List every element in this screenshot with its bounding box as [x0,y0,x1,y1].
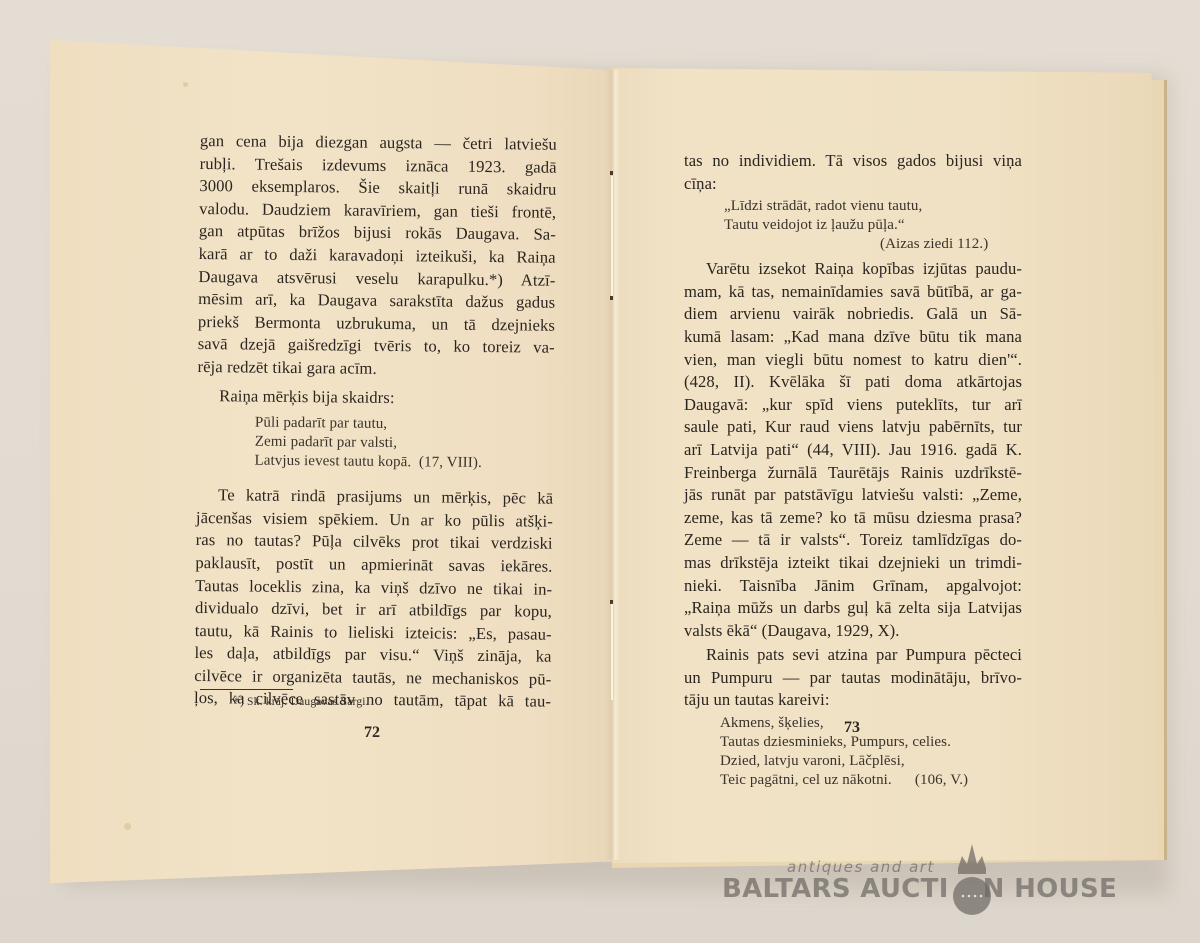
text-line: valsts ēkā“ (Daugava, 1929, X). [684,620,1022,643]
text-line: rēja redzēt tikai gara acīm. [197,356,554,382]
text-line: vien, man viegli būtu nomest to katru di… [684,349,1022,372]
text-line: karā ar to daži karavadoņi izteikuši, ka… [199,243,556,269]
text-line: mam, kā tas, nemainīdamies savā būtībā, … [684,281,1022,304]
text-line: tas no individiem. Tā visos gados bijusi… [684,150,1022,173]
text-line: jās runāt par patstāvīgu latviešu valsti… [684,484,1022,507]
text-line: nieki. Taisnība Jānim Grīnam, apgalvojot… [684,575,1022,598]
page-number-right: 73 [844,719,860,737]
text-line: gan cena bija diezgan augsta — četri lat… [200,130,557,156]
footnote: *) Sk. krāj. Daugavas Sargi. [234,696,369,708]
text-line: zeme, kas tā zeme? ko tā mūsu dziesma pr… [684,507,1022,530]
foxing-spot [183,82,188,87]
foxing-spot [124,823,131,830]
verse-line: Latvjus ievest tautu kopā. (17, VIII). [254,452,553,474]
binding-stitch-knot [610,171,613,175]
binding-stitch-knot [610,296,613,300]
text-line: mēsim arī, ka Daugava sarakstīta dažus g… [198,288,555,314]
crown-orb-icon [952,844,992,920]
verse-line: Tautas dziesminieks, Pumpurs, celies. [720,733,1022,752]
text-line: paklausīt, postīt un apmierināt savas ie… [195,552,552,578]
text-line: arī Latvija pati“ (44, VIII). Jau 1916. … [684,439,1022,462]
text-line: cīņa: [684,173,1022,196]
text-line: (428, II). Kvēlāka šī pati doma atkārtoj… [684,371,1022,394]
verse-line: Teic pagātni, cel uz nākotni. (106, V.) [720,771,1022,790]
text-line: saule pati, Kur raud viens latvju pabērn… [684,416,1022,439]
footnote-rule [200,689,293,690]
text-line: diem arvienu vairāk nobriedis. Galā un S… [684,303,1022,326]
text-line: Varētu izsekot Raiņa kopības izjūtas pau… [684,258,1022,281]
text-line: tāju un tautas kareivi: [684,689,1022,712]
right-page-text: tas no individiem. Tā visos gados bijusi… [684,150,1022,790]
watermark-brand-end: N HOUSE [983,874,1117,904]
text-line: un Pumpuru — par tautas modinātāju, brīv… [684,667,1022,690]
text-line: Raiņa mērķis bija skaidrs: [197,385,554,411]
verse-block: Akmens, šķelies, Tautas dziesminieks, Pu… [720,714,1022,790]
text-line: Freinberga žurnālā Taurētājs Rainis uzdr… [684,462,1022,485]
verse-block: Pūli padarīt par tautu, Zemi padarīt par… [254,414,554,474]
text-line: dividualo dzīvi, bet ir arī atbildīgs pa… [195,597,552,623]
verse-line: Dzied, latvju varoni, Lāčplēsi, [720,752,1022,771]
text-line: kumā lasam: „Kad mana dzīve būtu tik man… [684,326,1022,349]
verse-source: (Aizas ziedi 112.) [724,235,1022,254]
open-book: gan cena bija diezgan augsta — četri lat… [0,0,1200,943]
verse-line: Akmens, šķelies, [720,714,1022,733]
binding-stitch [611,176,613,298]
text-line: „Raiņa mūžs un darbs guļ kā zelta sija L… [684,597,1022,620]
verse-block: „Līdzi strādāt, radot vienu tautu, Tautu… [724,197,1022,254]
binding-stitch [611,604,613,700]
text-line: Zeme — tā ir valsts“. Toreiz tamlīdzīgas… [684,529,1022,552]
verse-line: „Līdzi strādāt, radot vienu tautu, [724,197,1022,216]
page-number-left: 72 [364,724,380,742]
verse-line: Tautu veidojot iz ļaužu pūļa.“ [724,216,1022,235]
watermark-brand: BALTARS AUCTIN HOUSE [722,874,1117,904]
auction-house-watermark: antiques and art BALTARS AUCTIN HOUSE [722,858,1122,918]
text-line: Te katrā rindā prasijums un mērķis, pēc … [196,484,553,510]
text-line: Rainis pats sevi atzina par Pumpura pēct… [684,644,1022,667]
text-line: Daugavā: „kur spīd viens puteklīts, tur … [684,394,1022,417]
watermark-brand-start: BALTARS AUCTI [722,874,949,904]
text-line: mas drīkstēja izteikt tikai dzejnieki un… [684,552,1022,575]
left-page-text: gan cena bija diezgan augsta — četri lat… [194,130,557,714]
